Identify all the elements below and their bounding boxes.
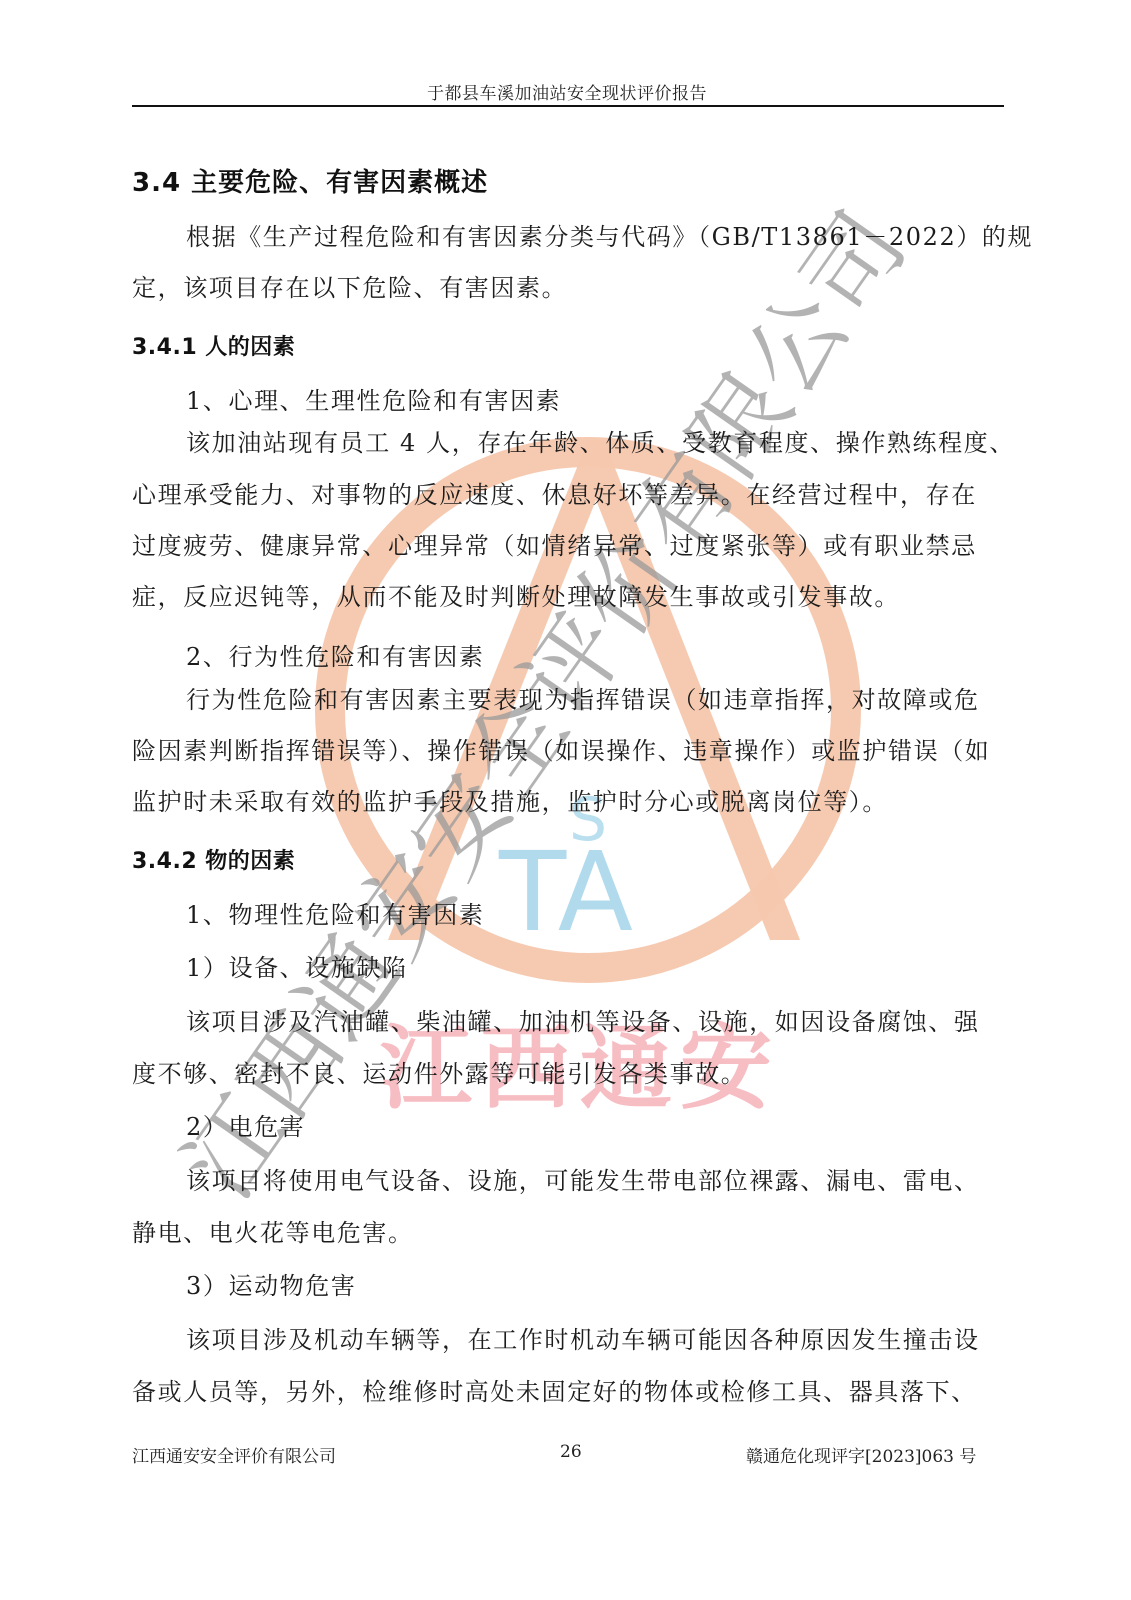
subsection-heading-human-factors: 3.4.1 人的因素 bbox=[132, 333, 295, 363]
header-divider bbox=[132, 105, 1004, 107]
subsection-heading-material-factors: 3.4.2 物的因素 bbox=[132, 847, 295, 877]
paragraph-line: 该项目涉及机动车辆等，在工作时机动车辆可能因各种原因发生撞击设 bbox=[186, 1325, 980, 1355]
page-number: 26 bbox=[560, 1442, 582, 1462]
item-subtitle: 1）设备、设施缺陷 bbox=[186, 953, 408, 983]
paragraph-line: 心理承受能力、对事物的反应速度、休息好坏等差异。在经营过程中，存在 bbox=[132, 480, 977, 510]
paragraph-line: 备或人员等，另外，检维修时高处未固定好的物体或检修工具、器具落下、 bbox=[132, 1377, 977, 1407]
paragraph-line: 该加油站现有员工 4 人，存在年龄、体质、受教育程度、操作熟练程度、 bbox=[186, 428, 1015, 458]
paragraph-line: 该项目将使用电气设备、设施，可能发生带电部位裸露、漏电、雷电、 bbox=[186, 1166, 980, 1196]
paragraph-line: 监护时未采取有效的监护手段及措施，监护时分心或脱离岗位等）。 bbox=[132, 787, 888, 817]
item-title: 1、心理、生理性危险和有害因素 bbox=[186, 386, 561, 416]
item-title: 2、行为性危险和有害因素 bbox=[186, 642, 484, 672]
paragraph-line: 险因素判断指挥错误等）、操作错误（如误操作、违章操作）或监护错误（如 bbox=[132, 736, 990, 766]
paragraph-line: 静电、电火花等电危害。 bbox=[132, 1218, 414, 1248]
paragraph-line: 症，反应迟钝等，从而不能及时判断处理故障发生事故或引发事故。 bbox=[132, 582, 900, 612]
item-subtitle: 2）电危害 bbox=[186, 1112, 305, 1142]
paragraph-line: 行为性危险和有害因素主要表现为指挥错误（如违章指挥，对故障或危 bbox=[186, 685, 980, 715]
intro-line: 定，该项目存在以下危险、有害因素。 bbox=[132, 273, 567, 303]
item-subtitle: 3）运动物危害 bbox=[186, 1271, 356, 1301]
footer-company: 江西通安安全评价有限公司 bbox=[132, 1442, 336, 1467]
document-page: 于都县车溪加油站安全现状评价报告 TA S 江西通安 江西通安安全评价有限公司 … bbox=[0, 0, 1131, 1600]
paragraph-line: 度不够、密封不良、运动件外露等可能引发各类事故。 bbox=[132, 1059, 746, 1089]
svg-text:TA: TA bbox=[498, 828, 633, 956]
footer-document-number: 赣通危化现评字[2023]063 号 bbox=[746, 1442, 976, 1467]
running-header-title: 于都县车溪加油站安全现状评价报告 bbox=[132, 79, 1002, 104]
paragraph-line: 该项目涉及汽油罐、柴油罐、加油机等设备、设施，如因设备腐蚀、强 bbox=[186, 1007, 980, 1037]
intro-line: 根据《生产过程危险和有害因素分类与代码》（GB/T13861－2022）的规 bbox=[186, 222, 1033, 252]
section-heading: 3.4 主要危险、有害因素概述 bbox=[132, 168, 488, 198]
paragraph-line: 过度疲劳、健康异常、心理异常（如情绪异常、过度紧张等）或有职业禁忌 bbox=[132, 531, 977, 561]
item-title: 1、物理性危险和有害因素 bbox=[186, 900, 484, 930]
